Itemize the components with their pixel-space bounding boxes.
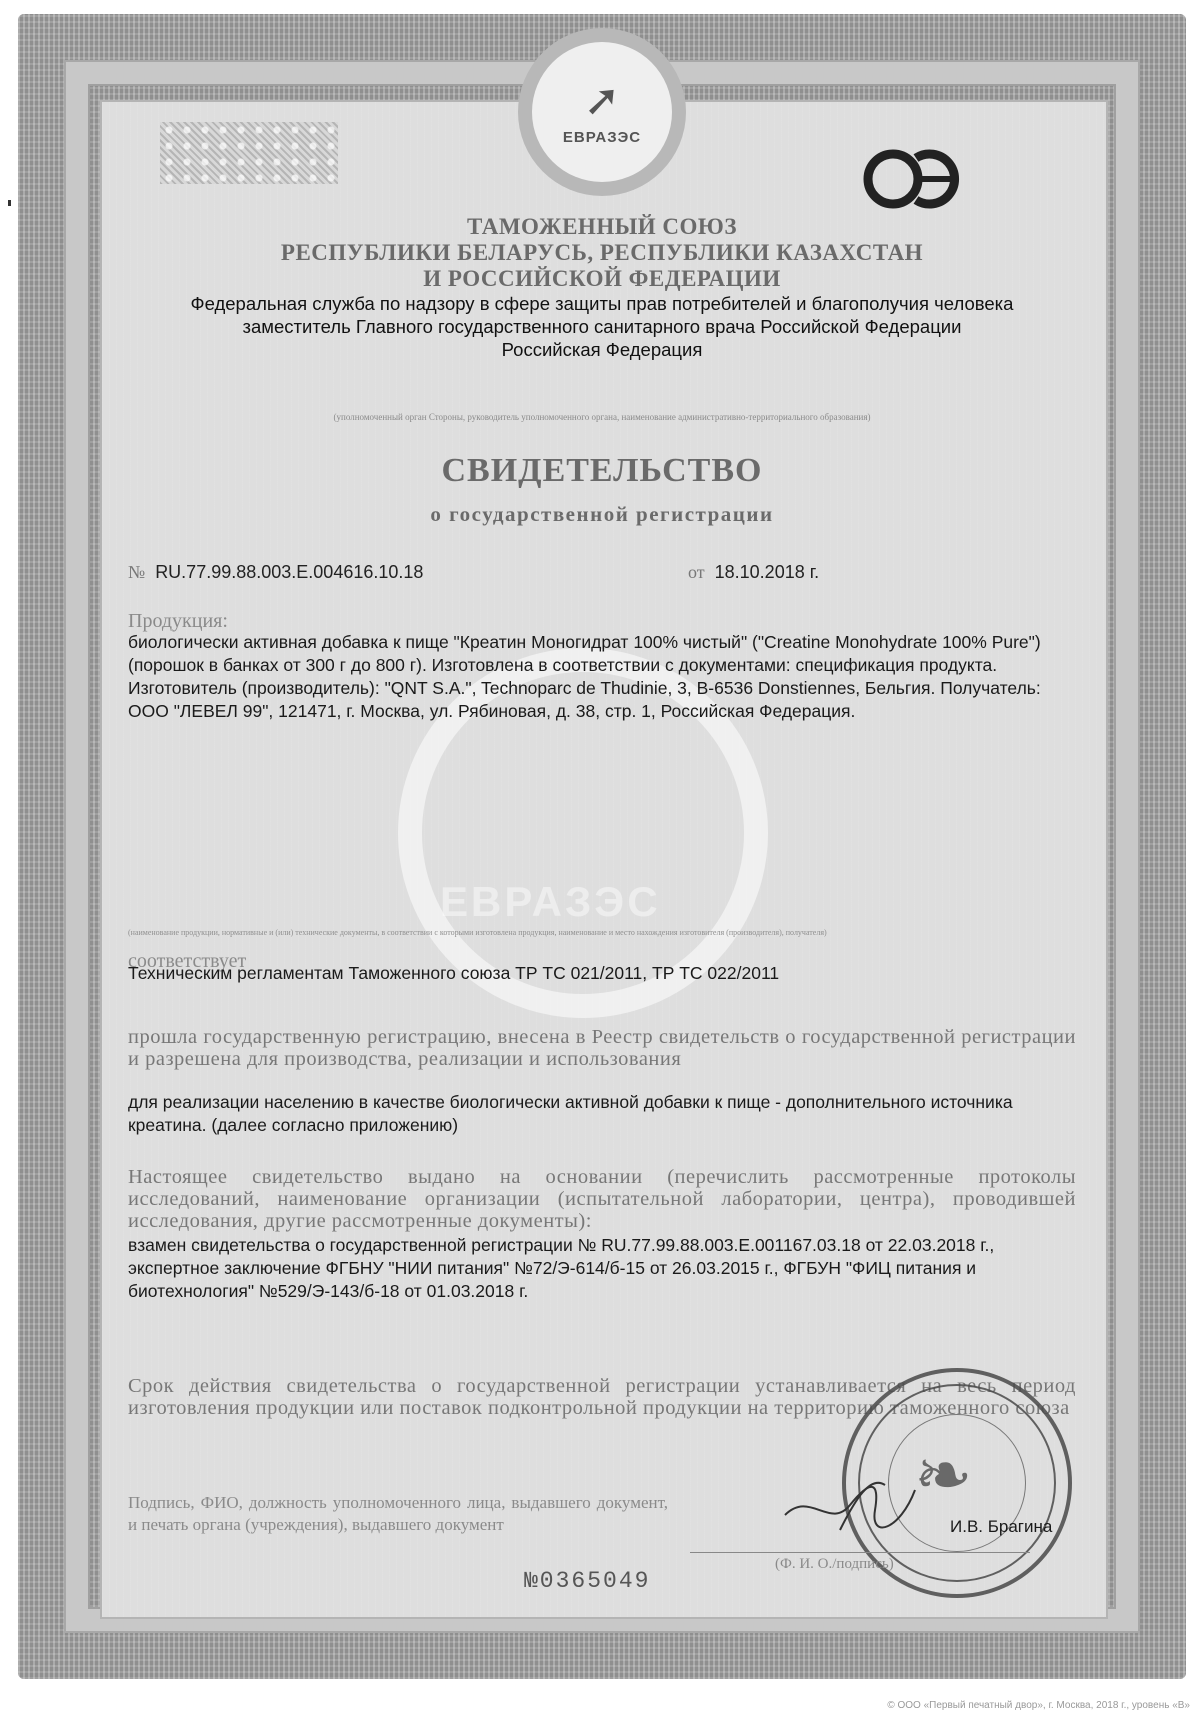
certificate-number: №RU.77.99.88.003.E.004616.10.18 bbox=[128, 562, 423, 583]
certificate-date: от18.10.2018 г. bbox=[688, 562, 819, 583]
eurasec-emblem: ➚ ЕВРАЗЭС bbox=[518, 28, 686, 196]
coat-of-arms-icon: ❧ bbox=[914, 1434, 973, 1516]
signatory-name: И.В. Брагина bbox=[950, 1517, 1052, 1537]
issuer-caption: (уполномоченный орган Стороны, руководит… bbox=[100, 412, 1104, 422]
security-pattern bbox=[160, 122, 338, 184]
issuer-header: ТАМОЖЕННЫЙ СОЮЗ РЕСПУБЛИКИ БЕЛАРУСЬ, РЕС… bbox=[100, 214, 1104, 361]
agency-line-3: Российская Федерация bbox=[100, 338, 1104, 361]
agency-line-1: Федеральная служба по надзору в сфере за… bbox=[100, 292, 1104, 315]
registration-text: для реализации населению в качестве биол… bbox=[128, 1091, 1076, 1137]
date-value: 18.10.2018 г. bbox=[715, 562, 819, 582]
scan-mark bbox=[8, 200, 11, 206]
eurasec-emblem-icon: ➚ bbox=[584, 79, 621, 123]
document-subtitle: о государственной регистрации bbox=[100, 502, 1104, 527]
union-line-2: РЕСПУБЛИКИ БЕЛАРУСЬ, РЕСПУБЛИКИ КАЗАХСТА… bbox=[100, 240, 1104, 266]
emblem-label: ЕВРАЗЭС bbox=[563, 129, 641, 146]
agency-line-2: заместитель Главного государственного са… bbox=[100, 315, 1104, 338]
product-description: биологически активная добавка к пище "Кр… bbox=[128, 631, 1076, 723]
date-prefix: от bbox=[688, 562, 705, 582]
blank-serial-number: №0365049 bbox=[524, 1568, 650, 1594]
customs-union-conformity-mark-icon bbox=[858, 146, 968, 212]
number-value: RU.77.99.88.003.E.004616.10.18 bbox=[155, 562, 423, 582]
union-line-1: ТАМОЖЕННЫЙ СОЮЗ bbox=[100, 214, 1104, 240]
number-prefix: № bbox=[128, 562, 145, 582]
signature-line bbox=[690, 1552, 1030, 1553]
printer-note: © ООО «Первый печатный двор», г. Москва,… bbox=[887, 1700, 1190, 1711]
conformity-text: Техническим регламентам Таможенного союз… bbox=[128, 962, 1076, 985]
registration-statement: прошла государственную регистрацию, внес… bbox=[128, 1026, 1076, 1070]
product-caption: (наименование продукции, нормативные и (… bbox=[128, 928, 1076, 937]
union-line-3: И РОССИЙСКОЙ ФЕДЕРАЦИИ bbox=[100, 266, 1104, 292]
signature-caption: (Ф. И. О./подпись) bbox=[775, 1556, 894, 1573]
handwritten-signature-icon bbox=[780, 1470, 920, 1540]
basis-text: взамен свидетельства о государственной р… bbox=[128, 1234, 1076, 1303]
product-label: Продукция: bbox=[128, 610, 228, 633]
watermark-label: ЕВРАЗЭС bbox=[440, 878, 661, 926]
document-title: СВИДЕТЕЛЬСТВО bbox=[100, 452, 1104, 490]
basis-statement: Настоящее свидетельство выдано на основа… bbox=[128, 1166, 1076, 1232]
signature-label: Подпись, ФИО, должность уполномоченного … bbox=[128, 1492, 668, 1536]
